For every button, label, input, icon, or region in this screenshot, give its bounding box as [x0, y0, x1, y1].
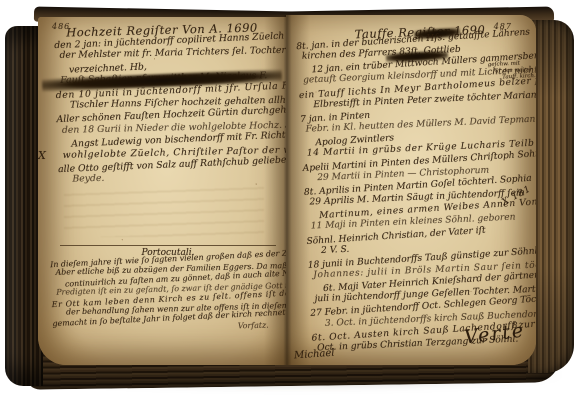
- show-through-ghost-text: [64, 185, 264, 237]
- handwriting-line: Tauff. kirch.: [502, 73, 534, 81]
- footer-name: Michael: [294, 348, 335, 362]
- right-margin-note: geſchw. mitfür das weiterTauff. kirch.: [488, 60, 535, 81]
- left-page-entries: den 2 jan: in jüchtendorff copiliret Han…: [54, 32, 285, 188]
- left-page: 486 Hochzeit Regiſter Von A. 1690 den 2 …: [38, 17, 286, 365]
- left-margin-cross-mark: X: [38, 149, 46, 162]
- open-book-photo: 486 Hochzeit Regiſter Von A. 1690 den 2 …: [0, 0, 580, 397]
- section-divider-rule: [60, 245, 276, 246]
- right-page: 487 Tauffe Regiſter 1690 8t. jan. in der…: [286, 15, 536, 365]
- left-page-paragraph: In dieſem jahre iſt wie ſo ſagten vielen…: [50, 250, 283, 338]
- catchword-side-mark: 8.: [512, 321, 520, 330]
